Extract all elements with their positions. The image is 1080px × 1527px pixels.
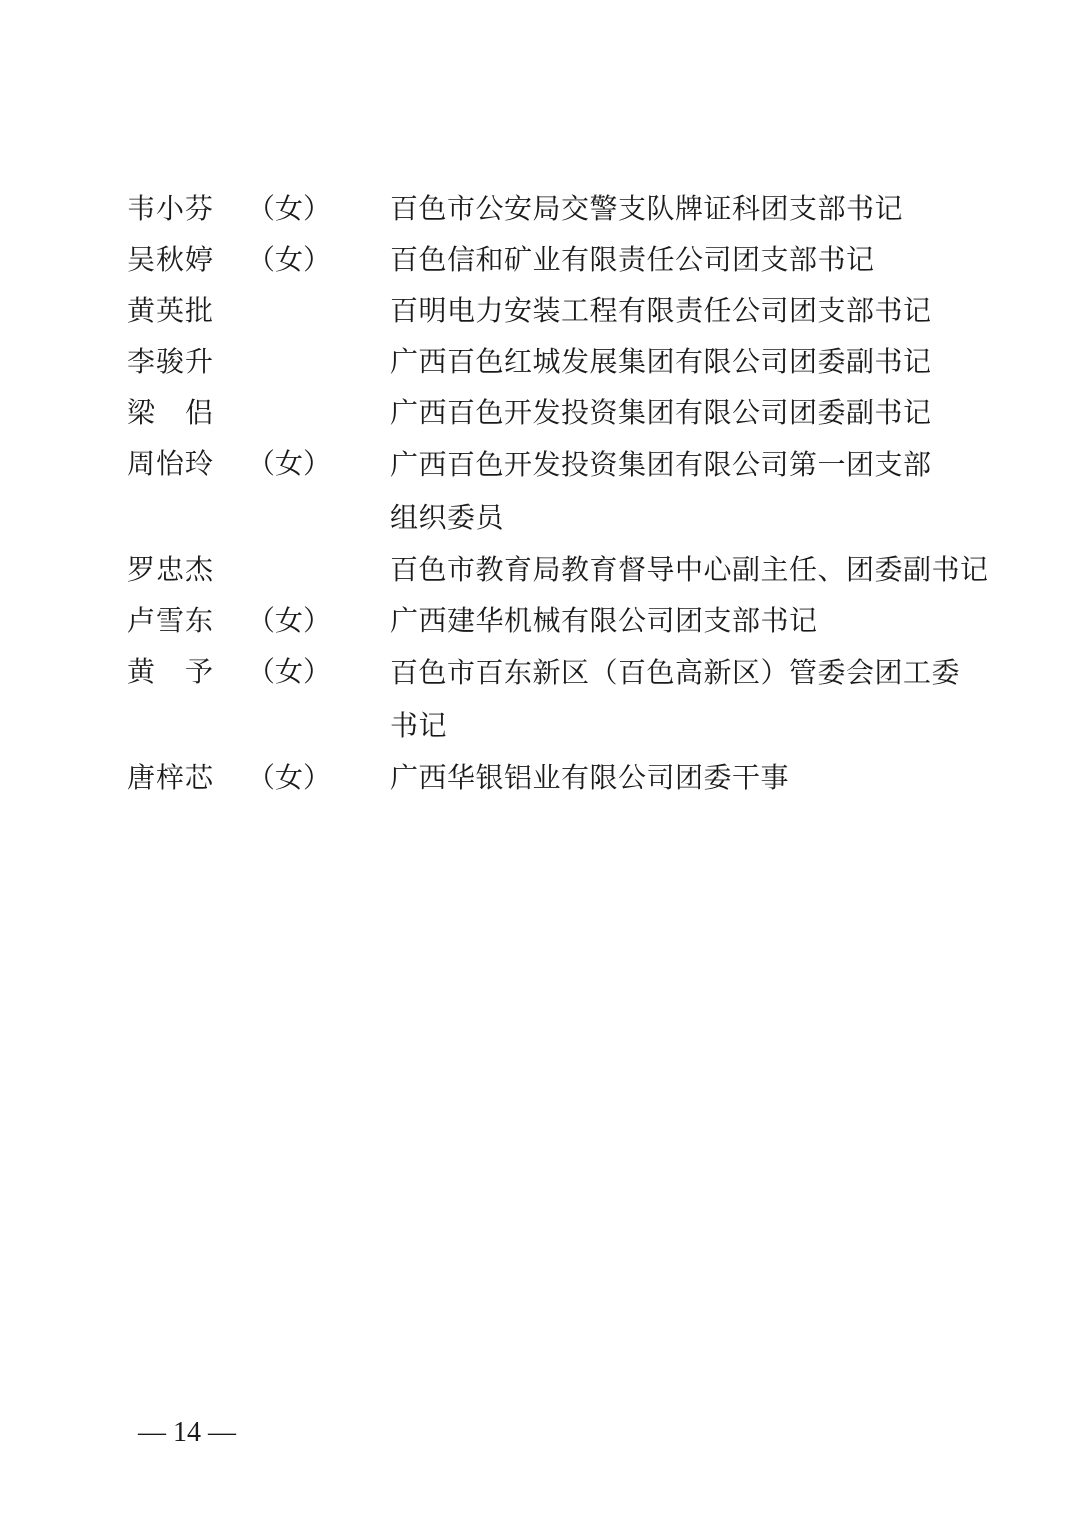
member-gender: （女） [247, 752, 331, 803]
page-number: — 14 — [138, 1415, 236, 1451]
member-title: 广西百色开发投资集团有限公司团委副书记 [390, 387, 990, 438]
member-title: 百明电力安装工程有限责任公司团支部书记 [390, 285, 990, 336]
member-title: 广西百色开发投资集团有限公司第一团支部 组织委员 [390, 438, 990, 544]
document-page: 韦小芬 （女） 百色市公安局交警支队牌证科团支部书记 吴秋婷 （女） 百色信和矿… [0, 0, 1080, 1527]
member-title: 百色市教育局教育督导中心副主任、团委副书记 [390, 544, 990, 595]
list-item: 韦小芬 （女） 百色市公安局交警支队牌证科团支部书记 [127, 183, 987, 234]
member-title: 广西百色红城发展集团有限公司团委副书记 [390, 336, 990, 387]
list-item: 李骏升 广西百色红城发展集团有限公司团委副书记 [127, 336, 987, 387]
member-gender: （女） [247, 438, 331, 489]
member-gender: （女） [247, 595, 331, 646]
list-item: 黄英批 百明电力安装工程有限责任公司团支部书记 [127, 285, 987, 336]
member-name: 黄英批 [127, 285, 227, 336]
list-item: 罗忠杰 百色市教育局教育督导中心副主任、团委副书记 [127, 544, 987, 595]
member-name: 韦小芬 [127, 183, 227, 234]
member-title: 广西建华机械有限公司团支部书记 [390, 595, 990, 646]
member-name: 吴秋婷 [127, 234, 227, 285]
member-title: 百色市公安局交警支队牌证科团支部书记 [390, 183, 990, 234]
member-name: 梁 侣 [127, 387, 227, 438]
member-name: 罗忠杰 [127, 544, 227, 595]
list-item: 周怡玲 （女） 广西百色开发投资集团有限公司第一团支部 组织委员 [127, 438, 987, 544]
member-name: 黄 予 [127, 646, 227, 697]
member-name: 李骏升 [127, 336, 227, 387]
list-item: 黄 予 （女） 百色市百东新区（百色高新区）管委会团工委 书记 [127, 646, 987, 752]
member-name: 唐梓芯 [127, 752, 227, 803]
member-gender: （女） [247, 234, 331, 285]
member-title: 广西华银铝业有限公司团委干事 [390, 752, 990, 803]
list-item: 唐梓芯 （女） 广西华银铝业有限公司团委干事 [127, 752, 987, 803]
member-name: 卢雪东 [127, 595, 227, 646]
member-name: 周怡玲 [127, 438, 227, 489]
member-list: 韦小芬 （女） 百色市公安局交警支队牌证科团支部书记 吴秋婷 （女） 百色信和矿… [127, 183, 987, 803]
member-gender: （女） [247, 646, 331, 697]
member-title: 百色信和矿业有限责任公司团支部书记 [390, 234, 990, 285]
list-item: 吴秋婷 （女） 百色信和矿业有限责任公司团支部书记 [127, 234, 987, 285]
member-gender: （女） [247, 183, 331, 234]
list-item: 卢雪东 （女） 广西建华机械有限公司团支部书记 [127, 595, 987, 646]
list-item: 梁 侣 广西百色开发投资集团有限公司团委副书记 [127, 387, 987, 438]
member-title: 百色市百东新区（百色高新区）管委会团工委 书记 [390, 646, 990, 752]
